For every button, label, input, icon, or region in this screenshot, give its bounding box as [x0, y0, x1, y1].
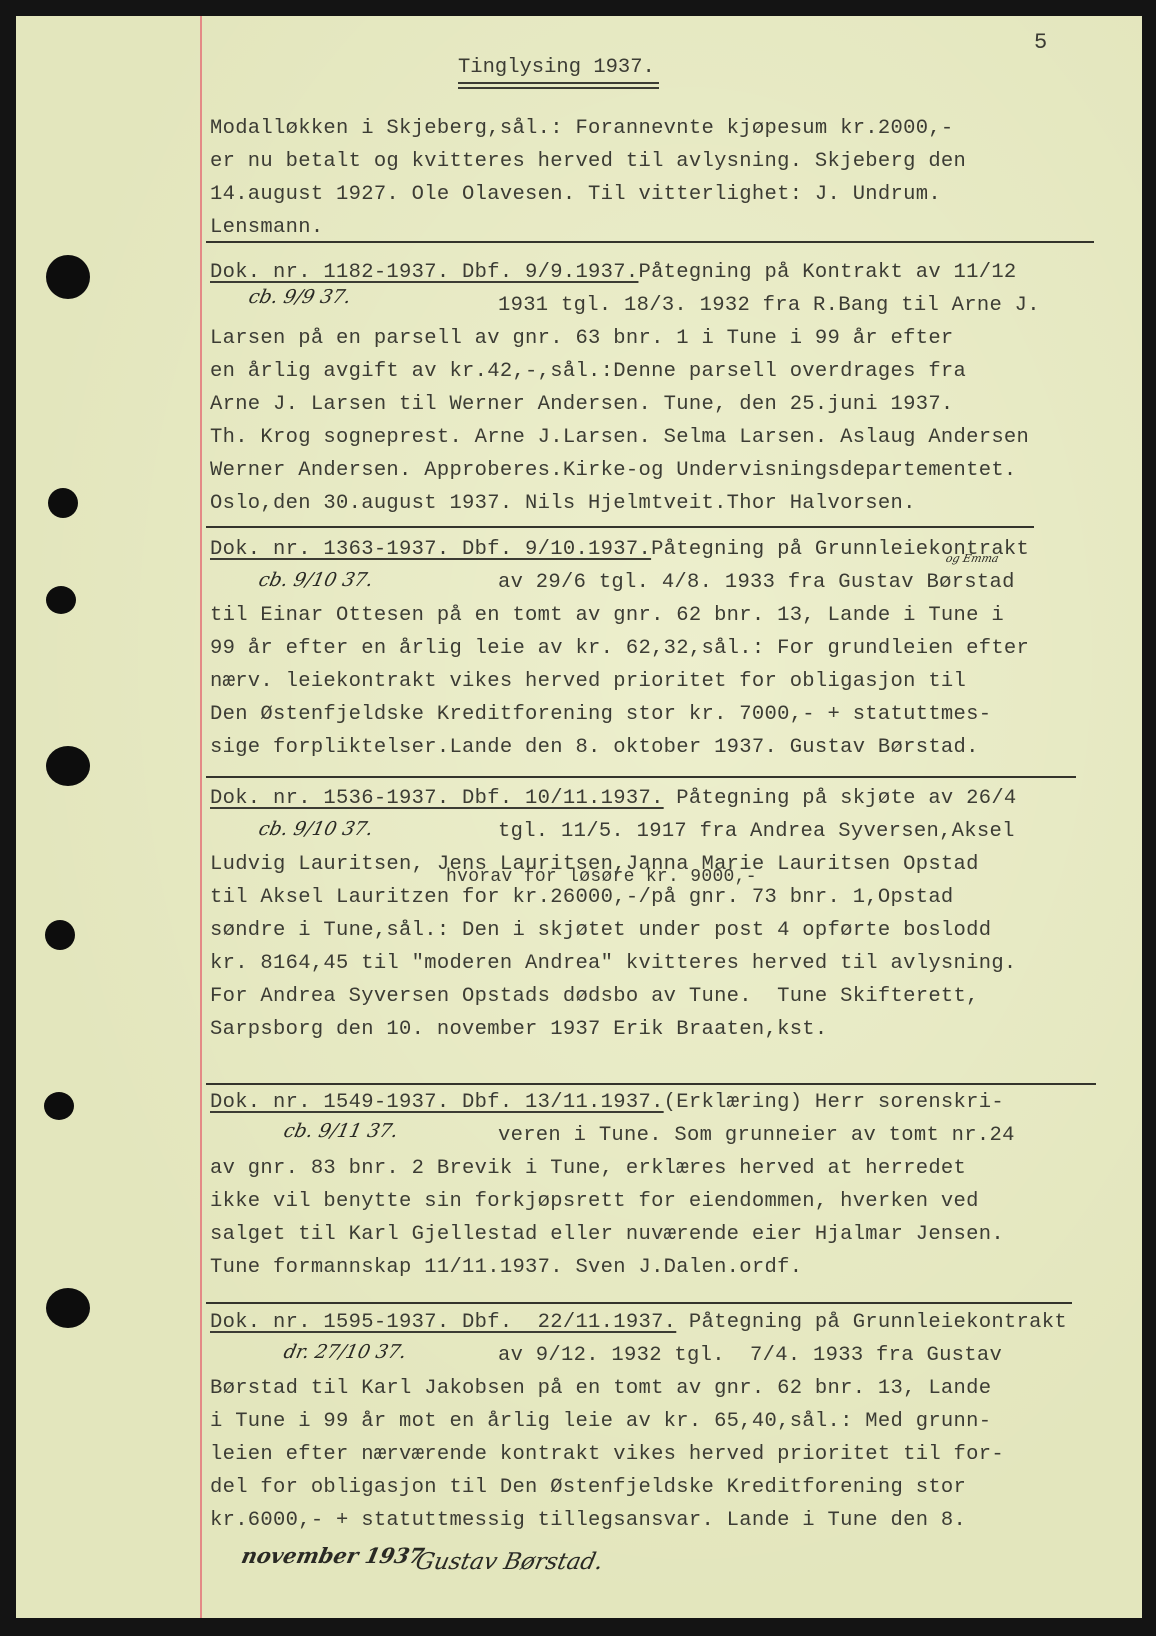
- separator: [206, 526, 1034, 528]
- entry-line: en årlig avgift av kr.42,-,sål.:Denne pa…: [210, 360, 966, 383]
- separator: [206, 1302, 1072, 1304]
- intro-line: 14.august 1927. Ole Olavesen. Til vitter…: [210, 183, 941, 206]
- separator: [206, 1083, 1096, 1085]
- intro-line: Lensmann.: [210, 216, 323, 239]
- entry-header: Dok. nr. 1595-1937. Dbf. 22/11.1937.: [210, 1311, 676, 1334]
- separator: [206, 241, 1094, 243]
- entry-header: Dok. nr. 1549-1937. Dbf. 13/11.1937.: [210, 1091, 664, 1114]
- handwritten-annotation: cb. 9/10 37.: [257, 818, 375, 840]
- entry-line: Den Østenfjeldske Kreditforening stor kr…: [210, 703, 991, 726]
- intro-line: er nu betalt og kvitteres herved til avl…: [210, 150, 966, 173]
- intro-line: Modalløkken i Skjeberg,sål.: Forannevnte…: [210, 117, 954, 140]
- punch-hole: [45, 920, 75, 950]
- handwritten-annotation: cb. 9/9 37.: [247, 286, 353, 308]
- entry-line: tgl. 11/5. 1917 fra Andrea Syversen,Akse…: [498, 820, 1015, 843]
- page-title: Tinglysing 1937.: [458, 56, 655, 79]
- punch-hole: [44, 1092, 74, 1120]
- handwritten-date: november 1937: [239, 1543, 426, 1568]
- interlinear-insertion: hvorav for løsøre kr. 9000,-: [446, 867, 757, 887]
- entry-line: Werner Andersen. Approberes.Kirke-og Und…: [210, 459, 1017, 482]
- document-page: 5 Tinglysing 1937. Modalløkken i Skjeber…: [16, 16, 1142, 1618]
- entry-header-rest: Påtegning på skjøte av 26/4: [664, 787, 1017, 810]
- entry-line: 99 år efter en årlig leie av kr. 62,32,s…: [210, 637, 1029, 660]
- punch-hole: [46, 255, 90, 299]
- entry-line: Arne J. Larsen til Werner Andersen. Tune…: [210, 393, 954, 416]
- punch-hole: [46, 1288, 90, 1328]
- entry-header-line: Dok. nr. 1549-1937. Dbf. 13/11.1937.(Erk…: [210, 1091, 1004, 1114]
- entry-line: Larsen på en parsell av gnr. 63 bnr. 1 i…: [210, 327, 954, 350]
- entry-line: av 9/12. 1932 tgl. 7/4. 1933 fra Gustav: [498, 1344, 1002, 1367]
- entry-header: Dok. nr. 1363-1937. Dbf. 9/10.1937.: [210, 538, 651, 561]
- margin-line: [200, 16, 202, 1618]
- entry-header-line: Dok. nr. 1363-1937. Dbf. 9/10.1937.Påteg…: [210, 538, 1029, 561]
- entry-line: av 29/6 tgl. 4/8. 1933 fra Gustav Børsta…: [498, 571, 1015, 594]
- punch-hole: [46, 586, 76, 614]
- entry-line: veren i Tune. Som grunneier av tomt nr.2…: [498, 1124, 1015, 1147]
- entry-line: sige forpliktelser.Lande den 8. oktober …: [210, 736, 979, 759]
- entry-line: til Aksel Lauritzen for kr.26000,-/på gn…: [210, 886, 954, 909]
- page-number: 5: [1034, 30, 1047, 55]
- entry-line: 1931 tgl. 18/3. 1932 fra R.Bang til Arne…: [498, 294, 1040, 317]
- entry-header-rest: Påtegning på Grunnleiekontrakt: [676, 1311, 1067, 1334]
- entry-line: Tune formannskap 11/11.1937. Sven J.Dale…: [210, 1256, 802, 1279]
- entry-line: salget til Karl Gjellestad eller nuværen…: [210, 1223, 1004, 1246]
- separator: [206, 776, 1076, 778]
- handwritten-annotation: cb. 9/11 37.: [282, 1120, 400, 1142]
- handwritten-annotation: cb. 9/10 37.: [257, 569, 375, 591]
- handwritten-insertion: og Emma: [945, 552, 1000, 565]
- entry-line: av gnr. 83 bnr. 2 Brevik i Tune, erklære…: [210, 1157, 966, 1180]
- entry-line: nærv. leiekontrakt vikes herved priorite…: [210, 670, 966, 693]
- entry-header-line: Dok. nr. 1595-1937. Dbf. 22/11.1937. Påt…: [210, 1311, 1067, 1334]
- entry-line: For Andrea Syversen Opstads dødsbo av Tu…: [210, 985, 979, 1008]
- handwritten-annotation: dr. 27/10 37.: [282, 1341, 409, 1363]
- entry-line: del for obligasjon til Den Østenfjeldske…: [210, 1476, 966, 1499]
- entry-header-rest: Påtegning på Kontrakt av 11/12: [638, 261, 1016, 284]
- handwritten-signature: Gustav Børstad.: [413, 1549, 605, 1575]
- entry-line: ikke vil benytte sin forkjøpsrett for ei…: [210, 1190, 979, 1213]
- title-underline: [458, 87, 659, 89]
- entry-header-rest: (Erklæring) Herr sorenskri-: [664, 1091, 1004, 1114]
- punch-hole: [46, 746, 90, 786]
- entry-header: Dok. nr. 1536-1937. Dbf. 10/11.1937.: [210, 787, 664, 810]
- entry-header: Dok. nr. 1182-1937. Dbf. 9/9.1937.: [210, 261, 638, 284]
- entry-header-line: Dok. nr. 1536-1937. Dbf. 10/11.1937. Påt…: [210, 787, 1017, 810]
- punch-hole: [48, 488, 78, 518]
- entry-line: Th. Krog sogneprest. Arne J.Larsen. Selm…: [210, 426, 1029, 449]
- title-text: Tinglysing 1937.: [458, 56, 655, 79]
- entry-line: kr.6000,- + statuttmessig tillegsansvar.…: [210, 1509, 966, 1532]
- title-underline: [458, 82, 659, 84]
- entry-line: leien efter nærværende kontrakt vikes he…: [210, 1443, 1004, 1466]
- entry-line: Børstad til Karl Jakobsen på en tomt av …: [210, 1377, 991, 1400]
- entry-line: søndre i Tune,sål.: Den i skjøtet under …: [210, 919, 991, 942]
- entry-line: Oslo,den 30.august 1937. Nils Hjelmtveit…: [210, 492, 916, 515]
- entry-line: i Tune i 99 år mot en årlig leie av kr. …: [210, 1410, 991, 1433]
- entry-line: Sarpsborg den 10. november 1937 Erik Bra…: [210, 1018, 828, 1041]
- entry-line: kr. 8164,45 til "moderen Andrea" kvitter…: [210, 952, 1017, 975]
- entry-header-line: Dok. nr. 1182-1937. Dbf. 9/9.1937.Påtegn…: [210, 261, 1017, 284]
- entry-line: til Einar Ottesen på en tomt av gnr. 62 …: [210, 604, 1004, 627]
